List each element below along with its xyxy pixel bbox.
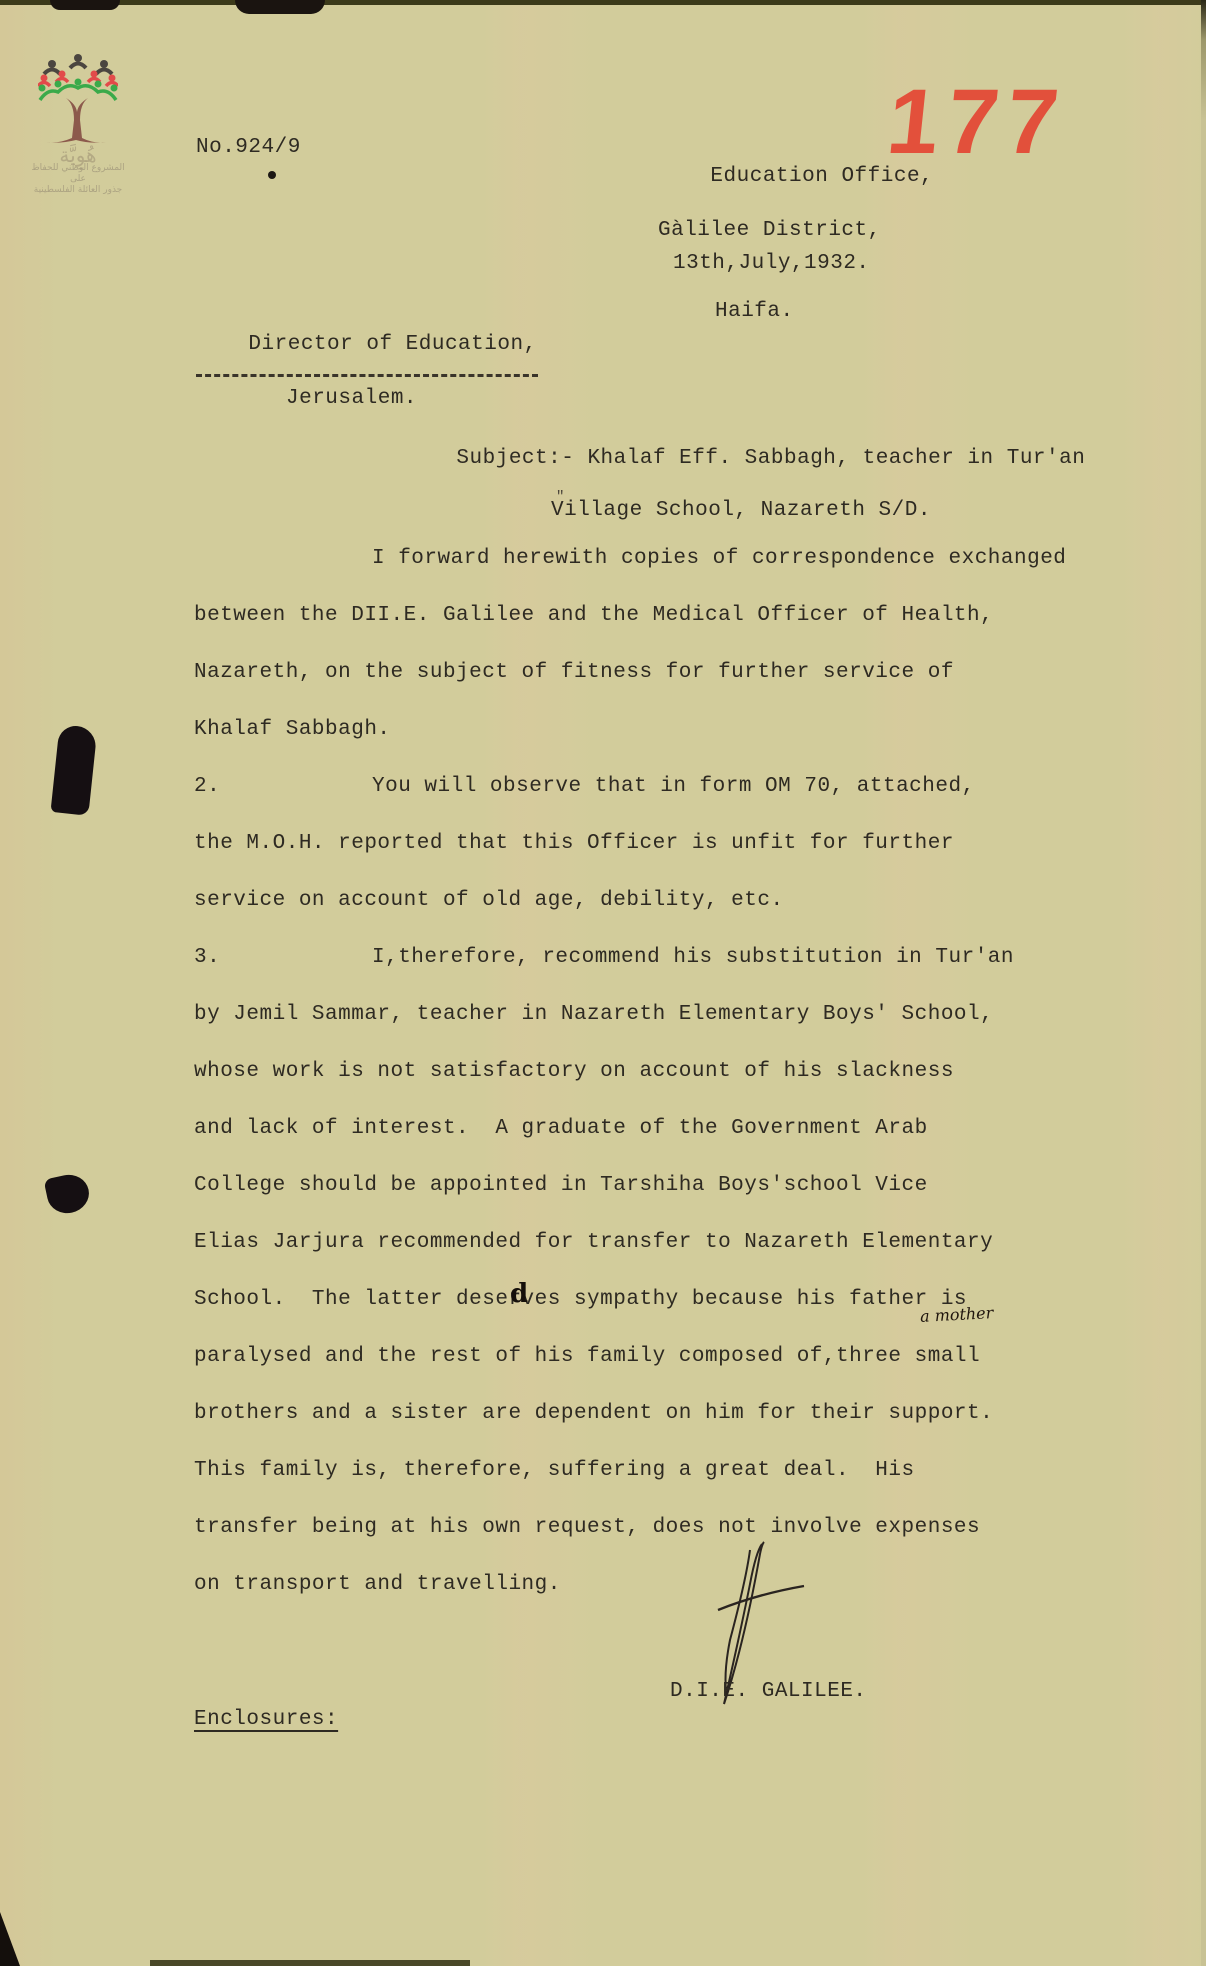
paragraph-3-line: Elias Jarjura recommended for transfer t… [194,1214,1184,1271]
addressee-city: Jerusalem. [196,385,537,412]
enclosures-label: Enclosures: [194,1708,338,1731]
subject-text-line1: Khalaf Eff. Sabbagh, teacher in Tur'an [587,447,1085,470]
paragraph-3-line: School. The latter deserves sympathy bec… [194,1271,1184,1328]
punch-hole [44,1171,93,1217]
watermark-caption-line: المشروع الوطني للحفاظ على [31,163,124,184]
scan-edge-blot [235,0,325,14]
paragraph-1-line: Khalaf Sabbagh. [194,701,1184,758]
paragraph-3-line: on transport and travelling. [194,1556,1184,1613]
paragraph-3-line: College should be appointed in Tarshiha … [194,1157,1184,1214]
paragraph-2-line: the M.O.H. reported that this Officer is… [194,815,1184,872]
page-top-edge [0,0,1206,5]
page-bottom-edge [150,1960,470,1966]
document-page: هُوِيَّة المشروع الوطني للحفاظ على جذور … [0,0,1206,1966]
paragraph-2-first-line: 2.You will observe that in form OM 70, a… [194,758,1184,815]
sender-city: Haifa. [658,298,933,325]
paragraph-3-line: by Jemil Sammar, teacher in Nazareth Ele… [194,986,1184,1043]
signatory: D.I.E. GALILEE. [670,1680,867,1703]
subject-label: Subject:- [456,447,574,470]
paragraph-1-line: Nazareth, on the subject of fitness for … [194,644,1184,701]
page-right-edge [1201,0,1206,1966]
dashed-rule [196,374,538,377]
ink-dot [268,171,276,179]
addressee-title: Director of Education, [248,333,536,356]
handwritten-correction: d [510,1279,528,1309]
subject-text-line2: Village School, Nazareth S/D. [404,498,1085,524]
subject-mark: " [556,489,564,505]
watermark-caption-line: جذور العائلة الفلسطينية [34,185,123,195]
paragraph-2-line: service on account of old age, debility,… [194,872,1184,929]
paragraph-number: 3. [194,929,372,986]
letter-body: I forward herewith copies of corresponde… [194,530,1184,1613]
paragraph-3-line: I,therefore, recommend his substitution … [372,946,1014,969]
paragraph-3-line: and lack of interest. A graduate of the … [194,1100,1184,1157]
paragraph-3-line: transfer being at his own request, does … [194,1499,1184,1556]
torn-corner [0,1912,20,1966]
reference-number: No.924/9 [196,136,301,159]
letter-date: 13th,July,1932. [673,252,870,275]
paragraph-number: 2. [194,758,372,815]
paragraph-3-line: This family is, therefore, suffering a g… [194,1442,1184,1499]
paragraph-3-line: whose work is not satisfactory on accoun… [194,1043,1184,1100]
sender-district: Gàlilee District, [658,217,933,244]
sender-office: Education Office, [710,165,933,188]
handwritten-insert: a mother [920,1303,994,1326]
scan-edge-blot [50,0,120,10]
punch-hole [51,724,98,815]
paragraph-3-line: paralysed and the rest of his family com… [194,1328,1184,1385]
paragraph-1-line: between the DII.E. Galilee and the Medic… [194,587,1184,644]
paragraph-3-line: brothers and a sister are dependent on h… [194,1385,1184,1442]
paragraph-1-line: I forward herewith copies of corresponde… [194,530,1184,587]
paragraph-2-line: You will observe that in form OM 70, att… [372,775,975,798]
watermark-name: هُوِيَّة [28,150,128,161]
watermark-caption: هُوِيَّة المشروع الوطني للحفاظ على جذور … [28,150,128,196]
paragraph-3-first-line: 3.I,therefore, recommend his substitutio… [194,929,1184,986]
